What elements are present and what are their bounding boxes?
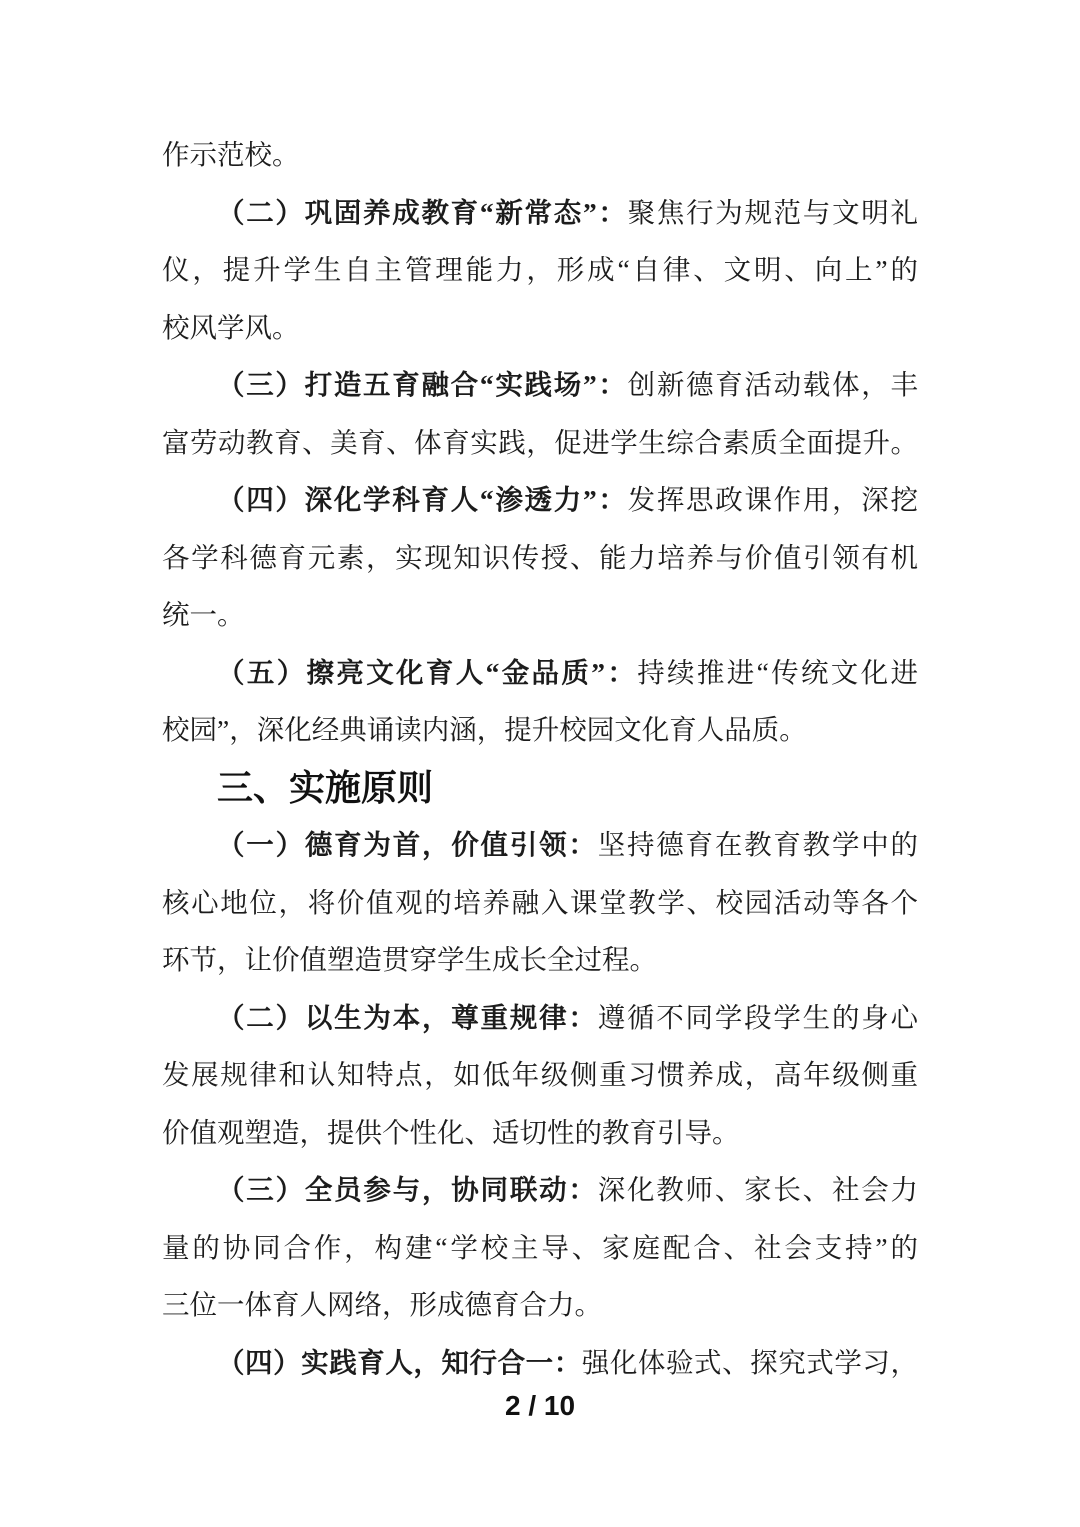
body-text: 量的协同合作，构建“学校主导、家庭配合、社会支持”的	[162, 1232, 918, 1263]
text-line: 各学科德育元素，实现知识传授、能力培养与价值引领有机	[162, 529, 918, 587]
lead-emphasis-text: （一）德育为首，价值引领：	[217, 829, 598, 860]
body-text: 强化体验式、探究式学习，	[582, 1347, 918, 1378]
lead-emphasis-text: （二）以生为本，尊重规律：	[217, 1002, 598, 1033]
text-line: 量的协同合作，构建“学校主导、家庭配合、社会支持”的	[162, 1219, 918, 1277]
text-line: 三位一体育人网络，形成德育合力。	[162, 1276, 918, 1334]
body-text: 聚焦行为规范与文明礼	[628, 197, 918, 228]
text-line: 作示范校。	[162, 126, 918, 184]
text-line: 富劳动教育、美育、体育实践，促进学生综合素质全面提升。	[162, 414, 918, 472]
text-line: （四）实践育人，知行合一：强化体验式、探究式学习，	[162, 1334, 918, 1392]
body-text: 各学科德育元素，实现知识传授、能力培养与价值引领有机	[162, 542, 918, 573]
text-line: 核心地位，将价值观的培养融入课堂教学、校园活动等各个	[162, 874, 918, 932]
page-footer: 2 / 10	[0, 1386, 1080, 1426]
text-line: 校园”，深化经典诵读内涵，提升校园文化育人品质。	[162, 701, 918, 759]
body-text: 作示范校。	[162, 139, 300, 170]
text-line: （一）德育为首，价值引领：坚持德育在教育教学中的	[162, 816, 918, 874]
body-text: 坚持德育在教育教学中的	[598, 829, 918, 860]
body-text: 创新德育活动载体，丰	[628, 369, 918, 400]
body-text: 遵循不同学段学生的身心	[598, 1002, 918, 1033]
page-content: 作示范校。（二）巩固养成教育“新常态”：聚焦行为规范与文明礼仪，提升学生自主管理…	[162, 126, 918, 1391]
text-line: 环节，让价值塑造贯穿学生成长全过程。	[162, 931, 918, 989]
text-line: 仪，提升学生自主管理能力，形成“自律、文明、向上”的	[162, 241, 918, 299]
body-text: 持续推进“传统文化进	[637, 657, 918, 688]
body-text: 校园”，深化经典诵读内涵，提升校园文化育人品质。	[162, 714, 807, 745]
body-text: 校风学风。	[162, 312, 300, 343]
lead-emphasis-text: （四）深化学科育人“渗透力”：	[217, 484, 628, 515]
lead-emphasis-text: （三）全员参与，协同联动：	[217, 1174, 598, 1205]
body-text: 环节，让价值塑造贯穿学生成长全过程。	[162, 944, 657, 975]
text-line: （三）打造五育融合“实践场”：创新德育活动载体，丰	[162, 356, 918, 414]
body-text: 发挥思政课作用，深挖	[628, 484, 918, 515]
document-page: 作示范校。（二）巩固养成教育“新常态”：聚焦行为规范与文明礼仪，提升学生自主管理…	[0, 0, 1080, 1527]
body-text: 富劳动教育、美育、体育实践，促进学生综合素质全面提升。	[162, 427, 918, 458]
text-line: （五）擦亮文化育人“金品质”：持续推进“传统文化进	[162, 644, 918, 702]
text-line: 校风学风。	[162, 299, 918, 357]
text-line: （二）巩固养成教育“新常态”：聚焦行为规范与文明礼	[162, 184, 918, 242]
page-number: 2 / 10	[505, 1390, 575, 1421]
body-text: 深化教师、家长、社会力	[598, 1174, 918, 1205]
body-text: 统一。	[162, 599, 245, 630]
body-text: 价值观塑造，提供个性化、适切性的教育引导。	[162, 1117, 740, 1148]
lead-emphasis-text: 三、实施原则	[217, 767, 433, 808]
body-text: 三位一体育人网络，形成德育合力。	[162, 1289, 602, 1320]
body-text: 核心地位，将价值观的培养融入课堂教学、校园活动等各个	[162, 887, 918, 918]
body-text: 仪，提升学生自主管理能力，形成“自律、文明、向上”的	[162, 254, 918, 285]
lead-emphasis-text: （四）实践育人，知行合一：	[217, 1347, 582, 1378]
lead-emphasis-text: （三）打造五育融合“实践场”：	[217, 369, 628, 400]
body-text: 发展规律和认知特点，如低年级侧重习惯养成，高年级侧重	[162, 1059, 918, 1090]
section-heading: 三、实施原则	[162, 759, 918, 817]
text-line: 价值观塑造，提供个性化、适切性的教育引导。	[162, 1104, 918, 1162]
text-line: （四）深化学科育人“渗透力”：发挥思政课作用，深挖	[162, 471, 918, 529]
lead-emphasis-text: （二）巩固养成教育“新常态”：	[217, 197, 628, 228]
text-line: 发展规律和认知特点，如低年级侧重习惯养成，高年级侧重	[162, 1046, 918, 1104]
lead-emphasis-text: （五）擦亮文化育人“金品质”：	[217, 657, 637, 688]
text-line: （二）以生为本，尊重规律：遵循不同学段学生的身心	[162, 989, 918, 1047]
text-line: 统一。	[162, 586, 918, 644]
text-line: （三）全员参与，协同联动：深化教师、家长、社会力	[162, 1161, 918, 1219]
